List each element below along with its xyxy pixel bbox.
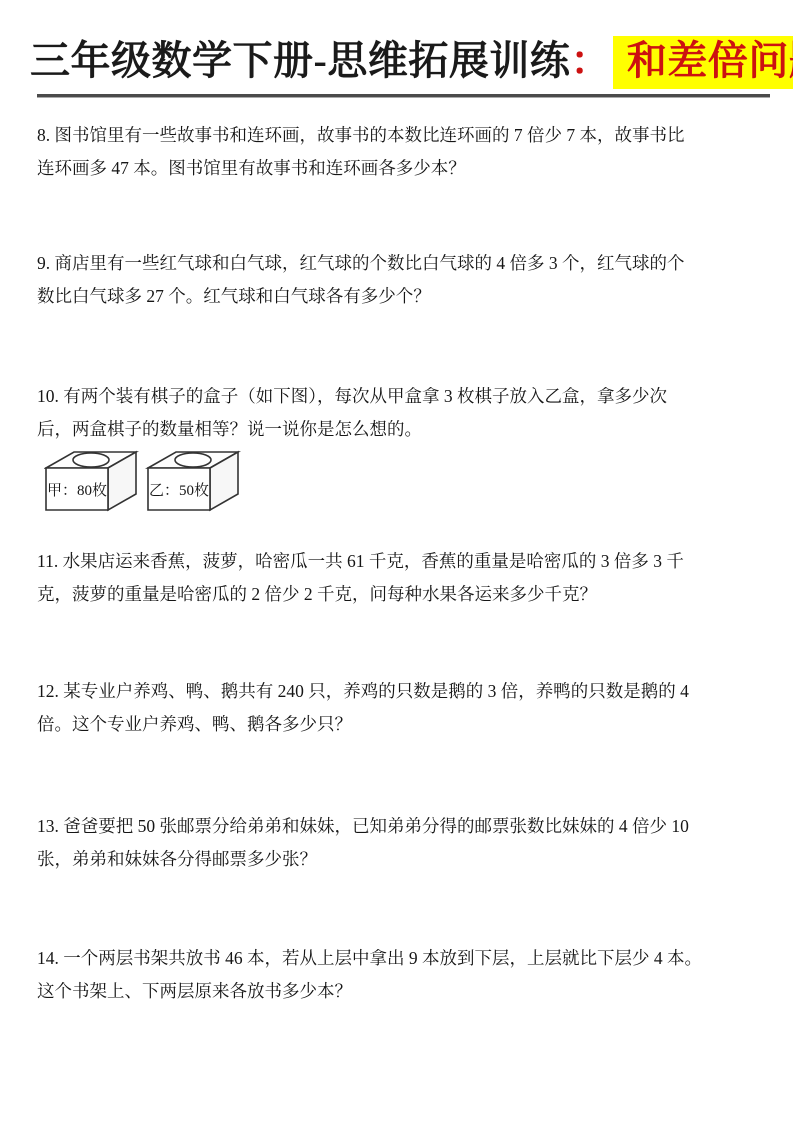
title-main-text: 三年级数学下册-思维拓展训练 xyxy=(30,38,570,83)
problem-11-line-2: 克，菠萝的重量是哈密瓜的 2 倍少 2 千克，问每种水果各运来多少千克？ xyxy=(37,578,767,611)
problem-12-line-2: 倍。这个专业户养鸡、鸭、鹅各多少只？ xyxy=(37,708,767,741)
title-highlight: 和差倍问题 xyxy=(613,36,793,89)
box-a-hole xyxy=(73,453,109,467)
problem-9: 9. 商店里有一些红气球和白气球，红气球的个数比白气球的 4 倍多 3 个，红气… xyxy=(37,247,767,313)
problem-11: 11. 水果店运来香蕉，菠萝，哈密瓜一共 61 千克，香蕉的重量是哈密瓜的 3 … xyxy=(37,545,767,611)
problem-13-line-2: 张，弟弟和妹妹各分得邮票多少张？ xyxy=(37,843,767,876)
problem-12-line-1: 12. 某专业户养鸡、鸭、鹅共有 240 只，养鸡的只数是鹅的 3 倍，养鸭的只… xyxy=(37,675,767,708)
box-b-label: 乙：50枚 xyxy=(149,482,209,499)
problem-10-line-2: 后，两盒棋子的数量相等？说一说你是怎么想的。 xyxy=(37,413,767,446)
title-colon: ： xyxy=(570,38,611,83)
problem-9-line-1: 9. 商店里有一些红气球和白气球，红气球的个数比白气球的 4 倍多 3 个，红气… xyxy=(37,247,767,280)
problem-13-line-1: 13. 爸爸要把 50 张邮票分给弟弟和妹妹，已知弟弟分得的邮票张数比妹妹的 4… xyxy=(37,810,767,843)
problem-14-line-2: 这个书架上、下两层原来各放书多少本？ xyxy=(37,975,767,1008)
box-b: 乙：50枚 xyxy=(148,452,238,510)
problem-12: 12. 某专业户养鸡、鸭、鹅共有 240 只，养鸡的只数是鹅的 3 倍，养鸭的只… xyxy=(37,675,767,741)
problem-9-line-2: 数比白气球多 27 个。红气球和白气球各有多少个？ xyxy=(37,280,767,313)
worksheet-page: 三年级数学下册-思维拓展训练：和差倍问题 8. 图书馆里有一些故事书和连环画，故… xyxy=(0,0,793,1122)
box-a-label: 甲：80枚 xyxy=(47,482,107,499)
boxes-illustration: 甲：80枚 乙：50枚 xyxy=(44,447,244,513)
box-a: 甲：80枚 xyxy=(46,452,136,510)
chess-boxes-figure: 甲：80枚 乙：50枚 xyxy=(44,447,244,518)
problem-8: 8. 图书馆里有一些故事书和连环画，故事书的本数比连环画的 7 倍少 7 本，故… xyxy=(37,119,767,185)
problem-14-line-1: 14. 一个两层书架共放书 46 本，若从上层中拿出 9 本放到下层，上层就比下… xyxy=(37,942,767,975)
problem-8-line-1: 8. 图书馆里有一些故事书和连环画，故事书的本数比连环画的 7 倍少 7 本，故… xyxy=(37,119,767,152)
problem-11-line-1: 11. 水果店运来香蕉，菠萝，哈密瓜一共 61 千克，香蕉的重量是哈密瓜的 3 … xyxy=(37,545,767,578)
problem-14: 14. 一个两层书架共放书 46 本，若从上层中拿出 9 本放到下层，上层就比下… xyxy=(37,942,767,1008)
title-underline xyxy=(37,94,770,98)
problem-10: 10. 有两个装有棋子的盒子（如下图），每次从甲盒拿 3 枚棋子放入乙盒，拿多少… xyxy=(37,380,767,446)
problem-13: 13. 爸爸要把 50 张邮票分给弟弟和妹妹，已知弟弟分得的邮票张数比妹妹的 4… xyxy=(37,810,767,876)
problem-10-line-1: 10. 有两个装有棋子的盒子（如下图），每次从甲盒拿 3 枚棋子放入乙盒，拿多少… xyxy=(37,380,767,413)
page-title: 三年级数学下册-思维拓展训练：和差倍问题 xyxy=(30,33,793,89)
box-b-hole xyxy=(175,453,211,467)
problem-8-line-2: 连环画多 47 本。图书馆里有故事书和连环画各多少本？ xyxy=(37,152,767,185)
